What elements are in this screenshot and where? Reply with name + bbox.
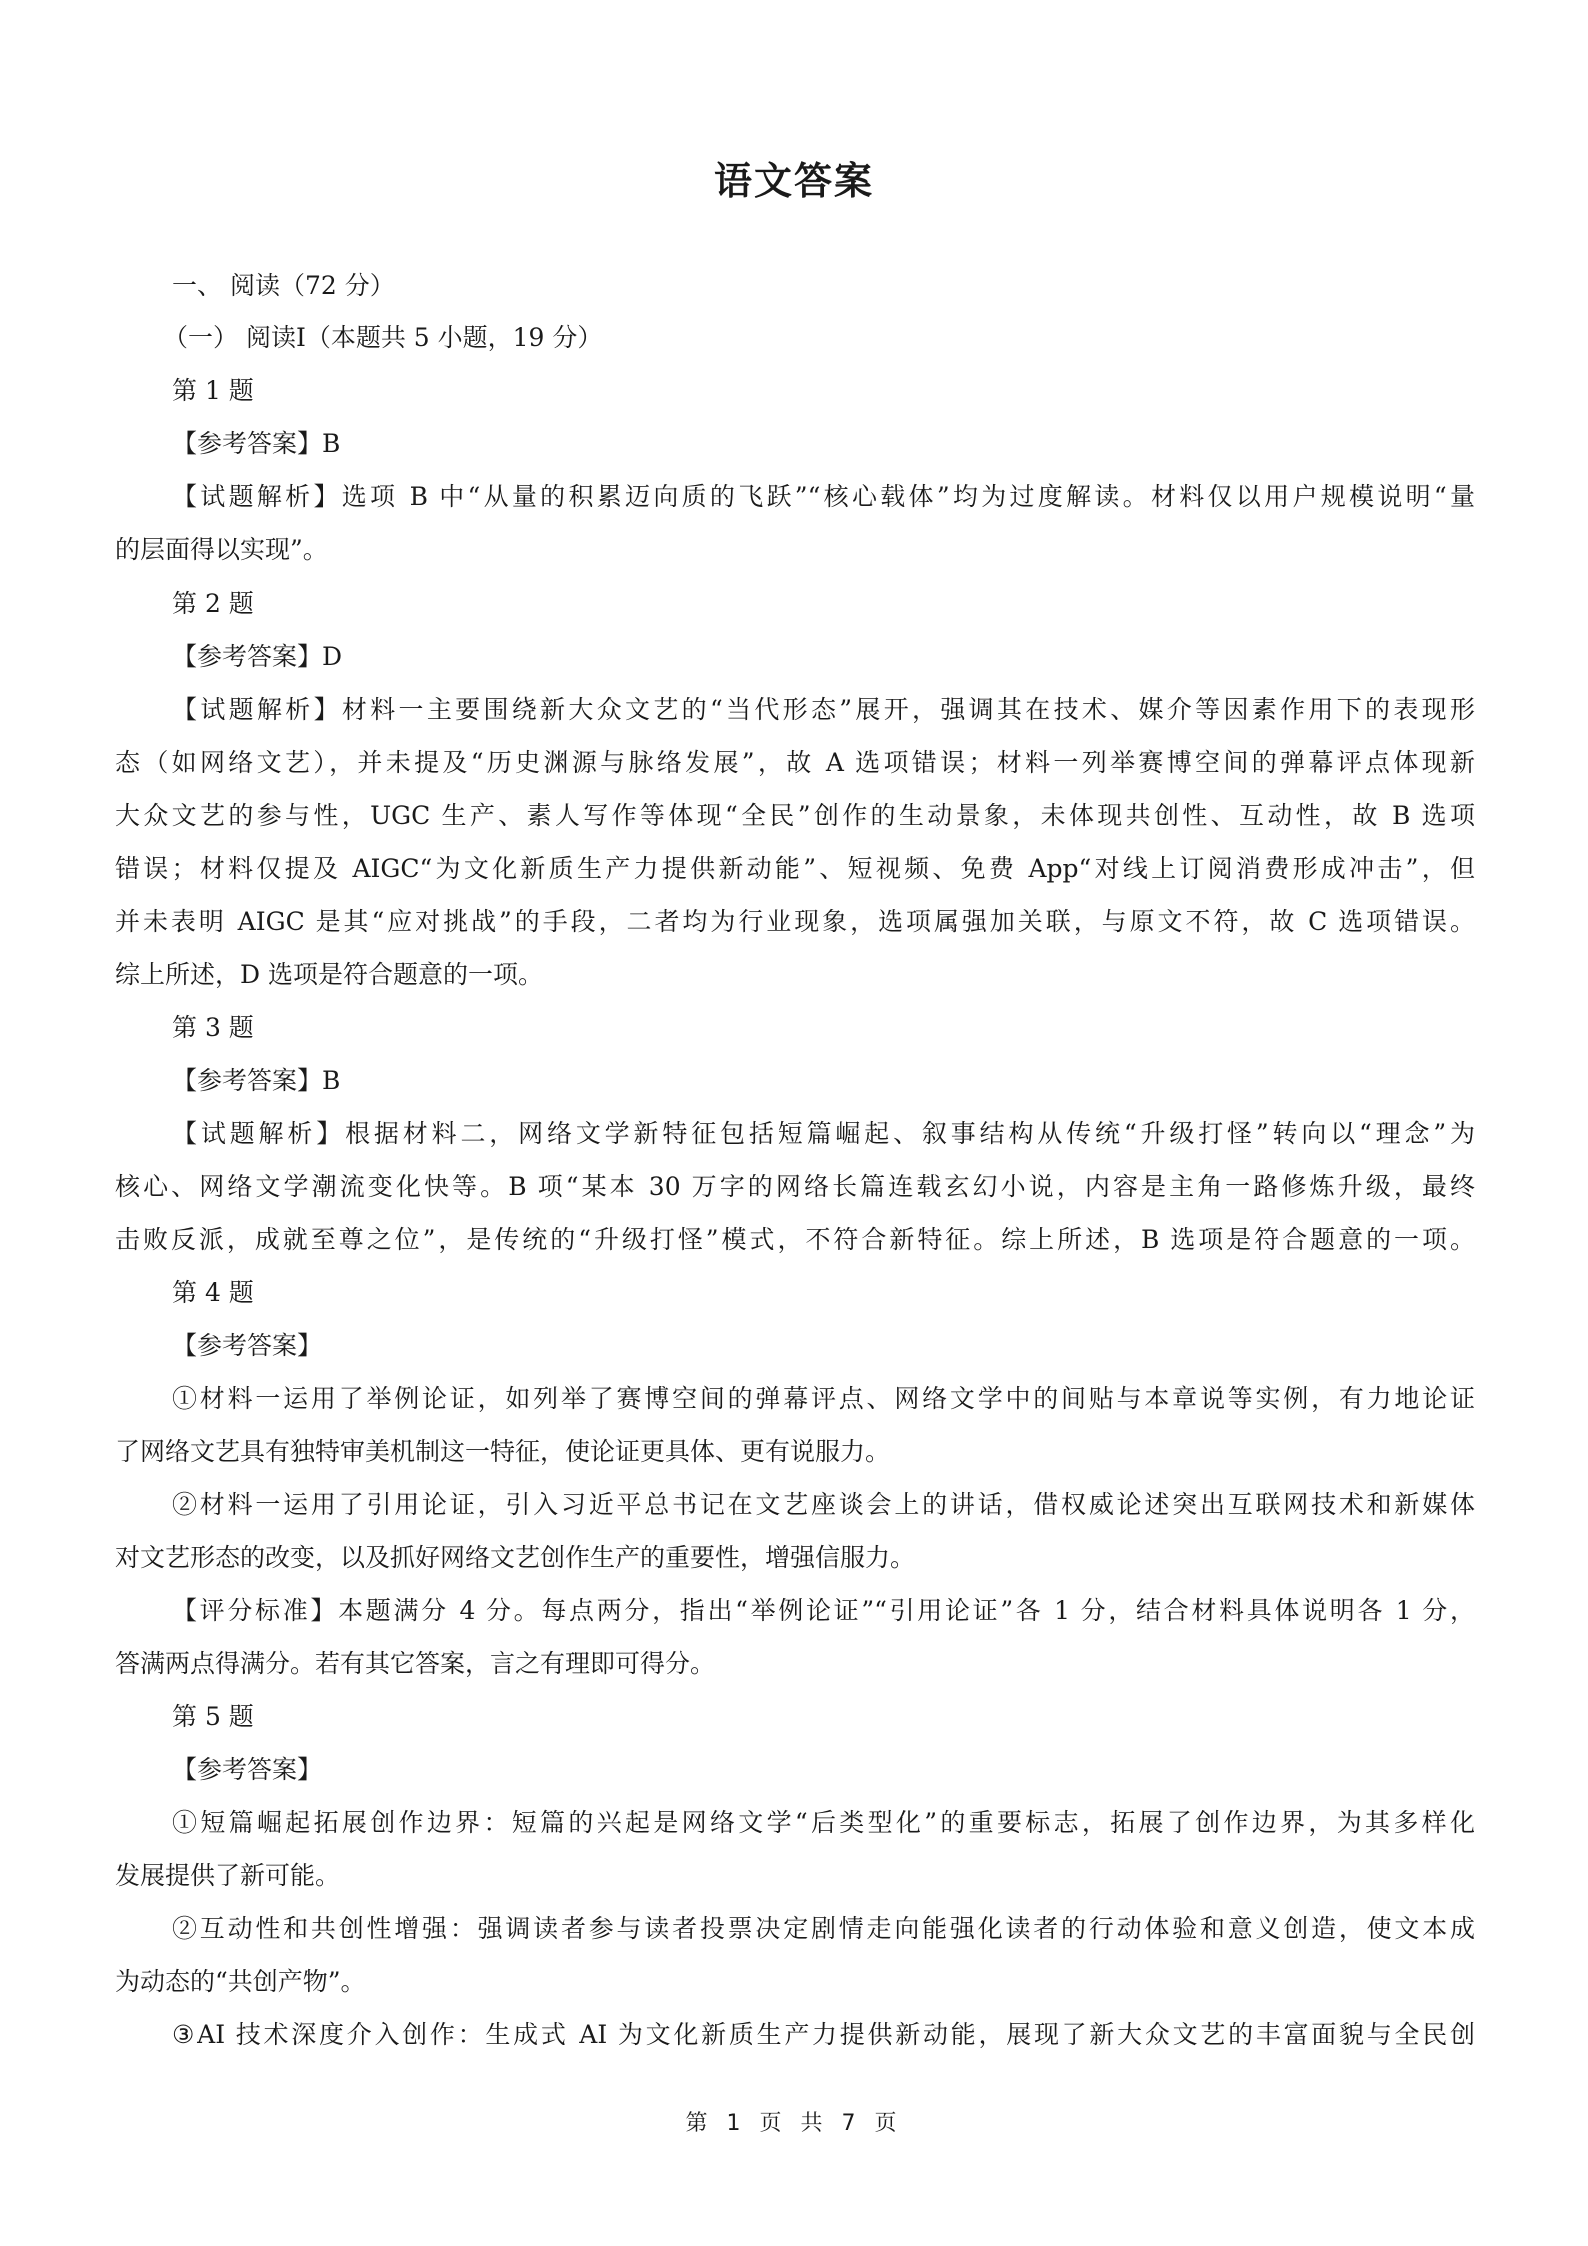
question-1-answer: 【参考答案】B <box>172 426 1475 462</box>
question-3-analysis-line: 【试题解析】根据材料二，网络文学新特征包括短篇崛起、叙事结构从传统“升级打怪”转… <box>172 1116 1475 1152</box>
question-5-point-1-line: 发展提供了新可能。 <box>115 1858 1475 1894</box>
page-title: 语文答案 <box>0 150 1588 205</box>
question-4-scoring-line: 答满两点得满分。若有其它答案，言之有理即可得分。 <box>115 1646 1475 1682</box>
subsection-heading: （一） 阅读I（本题共 5 小题，19 分） <box>163 320 1523 356</box>
question-5-point-1-line: ①短篇崛起拓展创作边界：短篇的兴起是网络文学“后类型化”的重要标志，拓展了创作边… <box>172 1805 1475 1841</box>
question-2-analysis-line: 大众文艺的参与性，UGC 生产、素人写作等体现“全民”创作的生动景象，未体现共创… <box>115 798 1475 834</box>
question-5-point-3-line: ③AI 技术深度介入创作：生成式 AI 为文化新质生产力提供新动能，展现了新大众… <box>172 2017 1475 2053</box>
question-4-point-1-line: 了网络文艺具有独特审美机制这一特征，使论证更具体、更有说服力。 <box>115 1434 1475 1470</box>
question-2-analysis-line: 综上所述，D 选项是符合题意的一项。 <box>115 957 1475 993</box>
question-5-answer: 【参考答案】 <box>172 1752 1475 1788</box>
question-3-analysis-line: 核心、网络文学潮流变化快等。B 项“某本 30 万字的网络长篇连载玄幻小说，内容… <box>115 1169 1475 1205</box>
question-1-label: 第 1 题 <box>172 373 1532 409</box>
question-4-answer: 【参考答案】 <box>172 1328 1475 1364</box>
question-4-point-2-line: ②材料一运用了引用论证，引入习近平总书记在文艺座谈会上的讲话，借权威论述突出互联… <box>172 1487 1475 1523</box>
question-2-analysis-line: 态（如网络文艺），并未提及“历史渊源与脉络发展”，故 A 选项错误；材料一列举赛… <box>115 745 1475 781</box>
question-2-analysis-line: 错误；材料仅提及 AIGC“为文化新质生产力提供新动能”、短视频、免费 App“… <box>115 851 1475 887</box>
question-5-point-2-line: ②互动性和共创性增强：强调读者参与读者投票决定剧情走向能强化读者的行动体验和意义… <box>172 1911 1475 1947</box>
question-5-label: 第 5 题 <box>172 1699 1532 1735</box>
question-1-analysis-line: 的层面得以实现”。 <box>115 532 1475 568</box>
question-5-point-2-line: 为动态的“共创产物”。 <box>115 1964 1475 2000</box>
question-1-analysis-line: 【试题解析】选项 B 中“从量的积累迈向质的飞跃”“核心载体”均为过度解读。材料… <box>172 479 1475 515</box>
section-heading: 一、 阅读（72 分） <box>172 268 1532 304</box>
question-2-analysis-line: 【试题解析】材料一主要围绕新大众文艺的“当代形态”展开，强调其在技术、媒介等因素… <box>172 692 1475 728</box>
question-4-label: 第 4 题 <box>172 1275 1532 1311</box>
question-3-label: 第 3 题 <box>172 1010 1532 1046</box>
question-3-analysis-line: 击败反派，成就至尊之位”，是传统的“升级打怪”模式，不符合新特征。综上所述，B … <box>115 1222 1475 1258</box>
question-3-answer: 【参考答案】B <box>172 1063 1475 1099</box>
page-footer: 第 1 页 共 7 页 <box>0 2106 1588 2137</box>
question-4-point-1-line: ①材料一运用了举例论证，如列举了赛博空间的弹幕评点、网络文学中的间贴与本章说等实… <box>172 1381 1475 1417</box>
document-page: 语文答案 一、 阅读（72 分） （一） 阅读I（本题共 5 小题，19 分） … <box>0 0 1588 2246</box>
question-4-scoring-line: 【评分标准】本题满分 4 分。每点两分，指出“举例论证”“引用论证”各 1 分，… <box>172 1593 1475 1629</box>
question-2-answer: 【参考答案】D <box>172 639 1475 675</box>
question-2-label: 第 2 题 <box>172 586 1532 622</box>
question-4-point-2-line: 对文艺形态的改变，以及抓好网络文艺创作生产的重要性，增强信服力。 <box>115 1540 1475 1576</box>
question-2-analysis-line: 并未表明 AIGC 是其“应对挑战”的手段，二者均为行业现象，选项属强加关联，与… <box>115 904 1475 940</box>
